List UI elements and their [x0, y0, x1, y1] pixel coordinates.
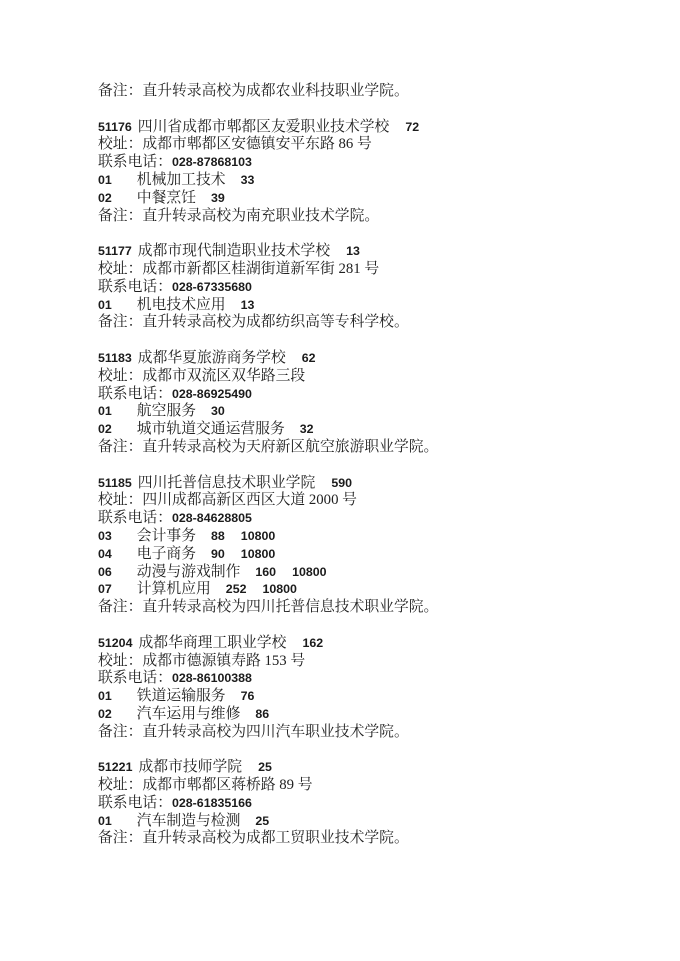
address-label: 校址： — [98, 777, 142, 793]
major-fee: 10800 — [241, 529, 275, 543]
phone-line: 联系电话：028-86100388 — [98, 670, 438, 688]
address-line: 校址：成都市德源镇寿路 153 号 — [98, 653, 438, 671]
school-code: 51176 — [98, 120, 132, 134]
school-header: 51185四川托普信息技术职业学院590 — [98, 475, 438, 493]
school-name: 成都市现代制造职业技术学校 — [138, 243, 330, 259]
address-line: 校址：成都市双流区双华路三段 — [98, 368, 438, 386]
school-name: 成都华夏旅游商务学校 — [138, 350, 286, 366]
major-code: 07 — [98, 582, 112, 596]
phone-label: 联系电话： — [98, 670, 172, 686]
major-name: 铁道运输服务 — [137, 688, 226, 704]
school-section-51185: 51185四川托普信息技术职业学院590 校址：四川成都高新区西区大道 2000… — [98, 475, 438, 617]
note-label: 备注： — [98, 83, 142, 99]
major-name: 电子商务 — [137, 546, 196, 562]
school-code: 51221 — [98, 760, 132, 774]
note-text: 直升转录高校为成都工贸职业技术学院。 — [142, 830, 408, 846]
major-code: 06 — [98, 565, 112, 579]
major-row: 01铁道运输服务76 — [98, 688, 438, 706]
phone-line: 联系电话：028-84628805 — [98, 510, 438, 528]
address-label: 校址： — [98, 368, 142, 384]
major-code: 03 — [98, 529, 112, 543]
major-plan: 90 — [211, 547, 225, 561]
phone-line: 联系电话：028-87868103 — [98, 154, 438, 172]
major-code: 02 — [98, 422, 112, 436]
note-label: 备注： — [98, 439, 142, 455]
school-phone: 028-87868103 — [172, 155, 252, 169]
note-line: 备注：直升转录高校为成都工贸职业技术学院。 — [98, 830, 438, 848]
school-code: 51204 — [98, 636, 132, 650]
school-header: 51176四川省成都市郫都区友爱职业技术学校72 — [98, 119, 438, 137]
major-name: 机械加工技术 — [137, 172, 226, 188]
major-code: 04 — [98, 547, 112, 561]
major-plan: 30 — [211, 404, 225, 418]
school-name: 成都华商理工职业学校 — [138, 635, 286, 651]
major-row: 04电子商务9010800 — [98, 546, 438, 564]
school-plan-total: 62 — [302, 351, 316, 365]
school-plan-total: 25 — [258, 760, 272, 774]
school-plan-total: 72 — [405, 120, 419, 134]
phone-label: 联系电话： — [98, 510, 172, 526]
school-header: 51183成都华夏旅游商务学校62 — [98, 350, 438, 368]
major-code: 01 — [98, 298, 112, 312]
phone-label: 联系电话： — [98, 795, 172, 811]
major-name: 计算机应用 — [137, 581, 211, 597]
phone-line: 联系电话：028-61835166 — [98, 795, 438, 813]
school-header: 51177成都市现代制造职业技术学校13 — [98, 243, 438, 261]
school-address: 成都市郫都区蒋桥路 89 号 — [142, 777, 312, 793]
note-text: 直升转录高校为成都纺织高等专科学校。 — [142, 314, 408, 330]
phone-label: 联系电话： — [98, 386, 172, 402]
major-name: 动漫与游戏制作 — [137, 564, 241, 580]
major-code: 01 — [98, 404, 112, 418]
major-code: 02 — [98, 707, 112, 721]
school-plan-total: 162 — [302, 636, 323, 650]
school-phone: 028-61835166 — [172, 796, 252, 810]
school-code: 51183 — [98, 351, 132, 365]
major-fee: 10800 — [241, 547, 275, 561]
major-row: 03会计事务8810800 — [98, 528, 438, 546]
major-fee: 10800 — [262, 582, 296, 596]
school-address: 成都市郫都区安德镇安平东路 86 号 — [142, 136, 371, 152]
school-name: 四川托普信息技术职业学院 — [138, 475, 316, 491]
major-plan: 25 — [255, 814, 269, 828]
address-line: 校址：成都市郫都区安德镇安平东路 86 号 — [98, 136, 438, 154]
school-address: 成都市新都区桂湖街道新军街 281 号 — [142, 261, 379, 277]
note-label: 备注： — [98, 599, 142, 615]
major-plan: 32 — [300, 422, 314, 436]
major-name: 会计事务 — [137, 528, 196, 544]
major-name: 汽车运用与维修 — [137, 706, 241, 722]
address-label: 校址： — [98, 492, 142, 508]
school-section-51204: 51204成都华商理工职业学校162 校址：成都市德源镇寿路 153 号 联系电… — [98, 635, 438, 742]
note-label: 备注： — [98, 830, 142, 846]
school-phone: 028-86100388 — [172, 671, 252, 685]
major-plan: 39 — [211, 191, 225, 205]
major-code: 01 — [98, 814, 112, 828]
school-plan-total: 13 — [346, 244, 360, 258]
major-name: 汽车制造与检测 — [137, 813, 241, 829]
phone-label: 联系电话： — [98, 279, 172, 295]
major-plan: 76 — [241, 689, 255, 703]
major-row: 07计算机应用25210800 — [98, 581, 438, 599]
major-row: 02汽车运用与维修86 — [98, 706, 438, 724]
school-address: 四川成都高新区西区大道 2000 号 — [142, 492, 357, 508]
major-plan: 86 — [255, 707, 269, 721]
major-plan: 252 — [226, 582, 247, 596]
note-label: 备注： — [98, 314, 142, 330]
major-code: 01 — [98, 689, 112, 703]
school-header: 51221成都市技师学院25 — [98, 759, 438, 777]
note-line: 备注：直升转录高校为四川托普信息技术职业学院。 — [98, 599, 438, 617]
school-section-51176: 51176四川省成都市郫都区友爱职业技术学校72 校址：成都市郫都区安德镇安平东… — [98, 119, 438, 226]
intro-note-text: 直升转录高校为成都农业科技职业学院。 — [142, 83, 408, 99]
note-label: 备注： — [98, 724, 142, 740]
major-row: 06动漫与游戏制作16010800 — [98, 564, 438, 582]
school-phone: 028-67335680 — [172, 280, 252, 294]
major-row: 02中餐烹饪39 — [98, 190, 438, 208]
school-section-51177: 51177成都市现代制造职业技术学校13 校址：成都市新都区桂湖街道新军街 28… — [98, 243, 438, 332]
note-line: 备注：直升转录高校为南充职业技术学院。 — [98, 208, 438, 226]
major-row: 01机电技术应用13 — [98, 297, 438, 315]
phone-line: 联系电话：028-86925490 — [98, 386, 438, 404]
school-phone: 028-84628805 — [172, 511, 252, 525]
school-header: 51204成都华商理工职业学校162 — [98, 635, 438, 653]
note-line: 备注：直升转录高校为四川汽车职业技术学院。 — [98, 724, 438, 742]
major-code: 02 — [98, 191, 112, 205]
address-line: 校址：成都市新都区桂湖街道新军街 281 号 — [98, 261, 438, 279]
major-name: 机电技术应用 — [137, 297, 226, 313]
note-line: 备注：直升转录高校为天府新区航空旅游职业学院。 — [98, 439, 438, 457]
major-plan: 88 — [211, 529, 225, 543]
major-row: 01机械加工技术33 — [98, 172, 438, 190]
major-code: 01 — [98, 173, 112, 187]
major-row: 02城市轨道交通运营服务32 — [98, 421, 438, 439]
school-address: 成都市德源镇寿路 153 号 — [142, 653, 305, 669]
note-label: 备注： — [98, 208, 142, 224]
school-code: 51185 — [98, 476, 132, 490]
major-plan: 13 — [241, 298, 255, 312]
address-label: 校址： — [98, 261, 142, 277]
school-name: 成都市技师学院 — [138, 759, 242, 775]
major-plan: 33 — [241, 173, 255, 187]
note-line: 备注：直升转录高校为成都纺织高等专科学校。 — [98, 314, 438, 332]
major-plan: 160 — [255, 565, 276, 579]
note-text: 直升转录高校为南充职业技术学院。 — [142, 208, 379, 224]
phone-line: 联系电话：028-67335680 — [98, 279, 438, 297]
address-line: 校址：成都市郫都区蒋桥路 89 号 — [98, 777, 438, 795]
note-text: 直升转录高校为天府新区航空旅游职业学院。 — [142, 439, 438, 455]
school-address: 成都市双流区双华路三段 — [142, 368, 305, 384]
major-row: 01航空服务30 — [98, 403, 438, 421]
major-name: 航空服务 — [137, 403, 196, 419]
address-label: 校址： — [98, 653, 142, 669]
major-name: 城市轨道交通运营服务 — [137, 421, 285, 437]
note-text: 直升转录高校为四川托普信息技术职业学院。 — [142, 599, 438, 615]
school-name: 四川省成都市郫都区友爱职业技术学校 — [138, 119, 390, 135]
intro-note-line: 备注：直升转录高校为成都农业科技职业学院。 — [98, 83, 438, 101]
school-list-document: 备注：直升转录高校为成都农业科技职业学院。 51176四川省成都市郫都区友爱职业… — [98, 83, 438, 848]
address-line: 校址：四川成都高新区西区大道 2000 号 — [98, 492, 438, 510]
address-label: 校址： — [98, 136, 142, 152]
school-phone: 028-86925490 — [172, 387, 252, 401]
school-code: 51177 — [98, 244, 132, 258]
major-name: 中餐烹饪 — [137, 190, 196, 206]
major-fee: 10800 — [292, 565, 326, 579]
school-section-51221: 51221成都市技师学院25 校址：成都市郫都区蒋桥路 89 号 联系电话：02… — [98, 759, 438, 848]
phone-label: 联系电话： — [98, 154, 172, 170]
major-row: 01汽车制造与检测25 — [98, 813, 438, 831]
school-plan-total: 590 — [331, 476, 352, 490]
school-section-51183: 51183成都华夏旅游商务学校62 校址：成都市双流区双华路三段 联系电话：02… — [98, 350, 438, 457]
note-text: 直升转录高校为四川汽车职业技术学院。 — [142, 724, 408, 740]
document-page: 备注：直升转录高校为成都农业科技职业学院。 51176四川省成都市郫都区友爱职业… — [0, 0, 680, 961]
